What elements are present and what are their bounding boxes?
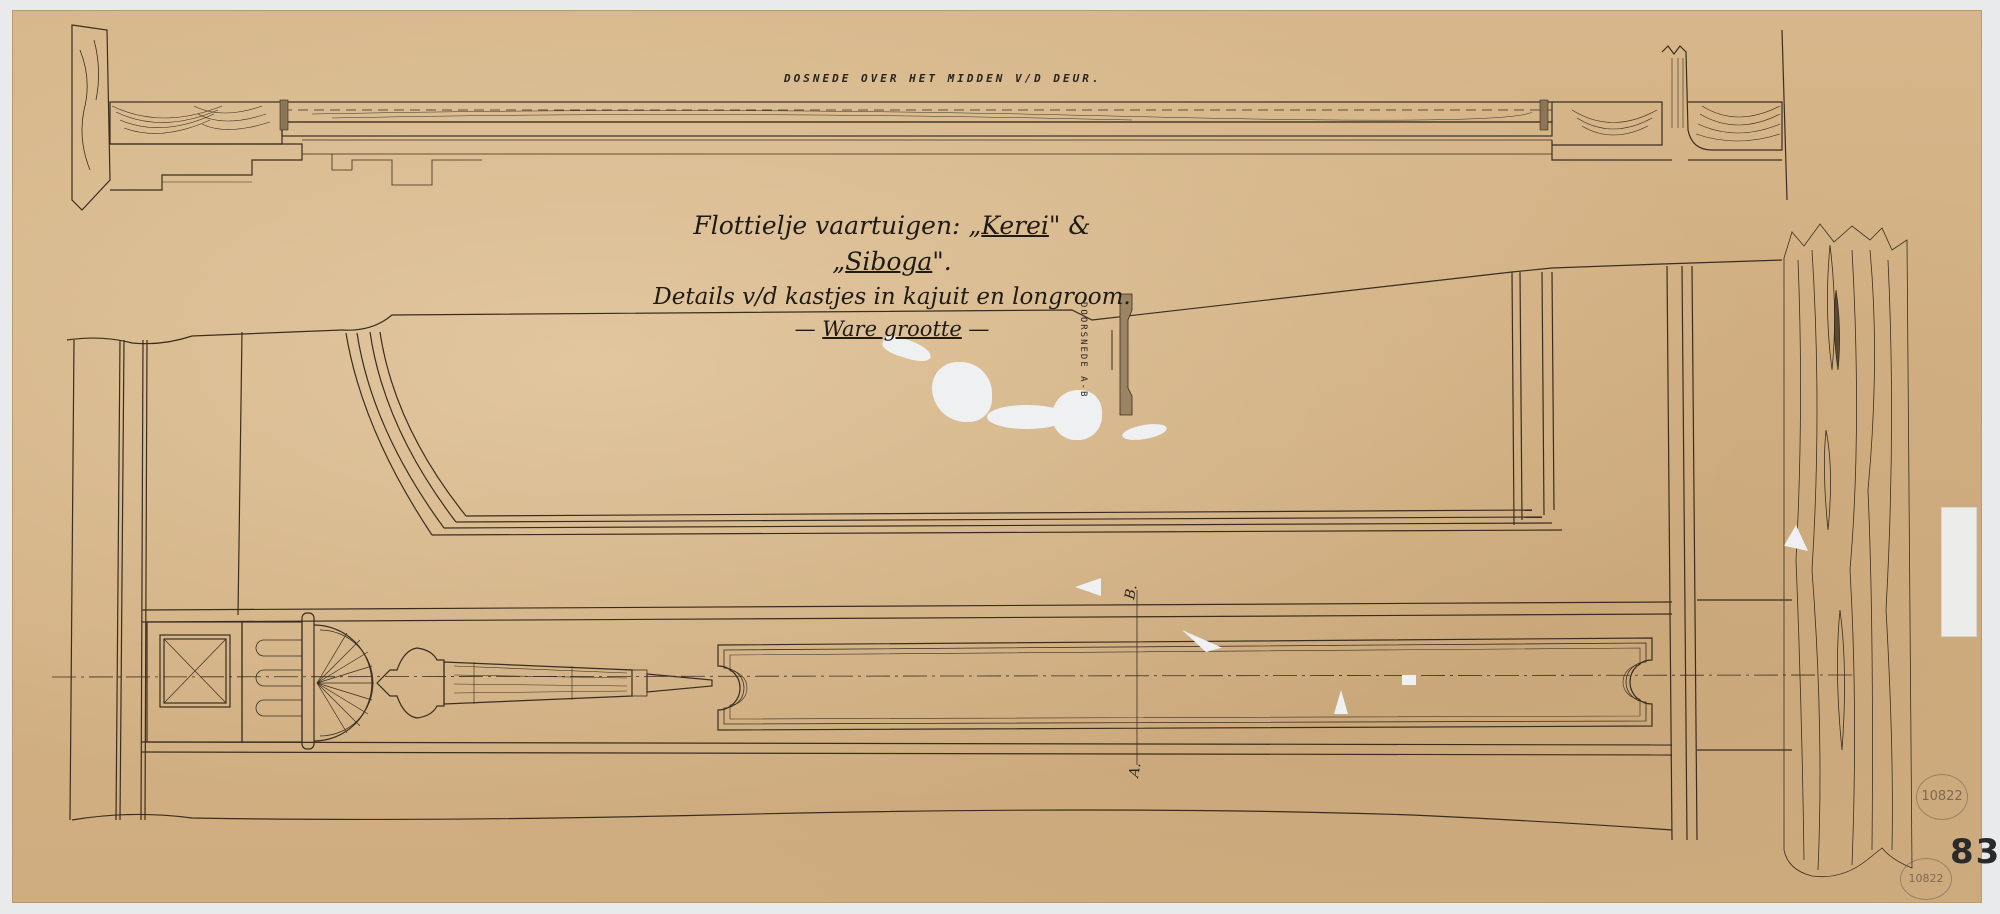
scale-label: Ware grootte — [822, 317, 962, 341]
technical-drawing — [12, 10, 1982, 903]
drawing-sheet: DOSNEDE OVER HET MIDDEN V/D DEUR. Flotti… — [12, 10, 1982, 903]
paper-tear — [1052, 390, 1102, 440]
paper-tear — [1402, 675, 1416, 685]
tape-strip — [1941, 507, 1977, 637]
cross-section-label: DOORSNEDE A-B — [1078, 302, 1088, 398]
title-line-2: Details v/d kastjes in kajuit en longroo… — [652, 280, 1132, 314]
front-elevation-view — [52, 260, 1852, 840]
wood-grain-post — [1784, 224, 1912, 877]
ship-name-2: Siboga — [845, 247, 932, 276]
dash-left: — — [795, 317, 823, 341]
sheet-number: 83 — [1950, 832, 2000, 872]
top-section-view — [72, 25, 1787, 210]
dash-right: — — [962, 317, 990, 341]
title-line-1: Flottielje vaartuigen: „Kerei" & „Siboga… — [652, 208, 1132, 280]
title-prefix: Flottielje vaartuigen: „ — [693, 211, 981, 240]
archive-stamp: 10822 — [1900, 858, 1952, 900]
section-marker-b: B. — [1122, 583, 1140, 600]
title-suffix: ". — [932, 247, 951, 276]
title-line-3: — Ware grootte — — [652, 314, 1132, 344]
title-block: Flottielje vaartuigen: „Kerei" & „Siboga… — [652, 208, 1132, 344]
section-marker-a: A. — [1126, 761, 1144, 778]
section-label: DOSNEDE OVER HET MIDDEN V/D DEUR. — [784, 72, 1102, 85]
archive-stamp: 10822 — [1916, 774, 1968, 820]
ship-name-1: Kerei — [981, 211, 1049, 240]
